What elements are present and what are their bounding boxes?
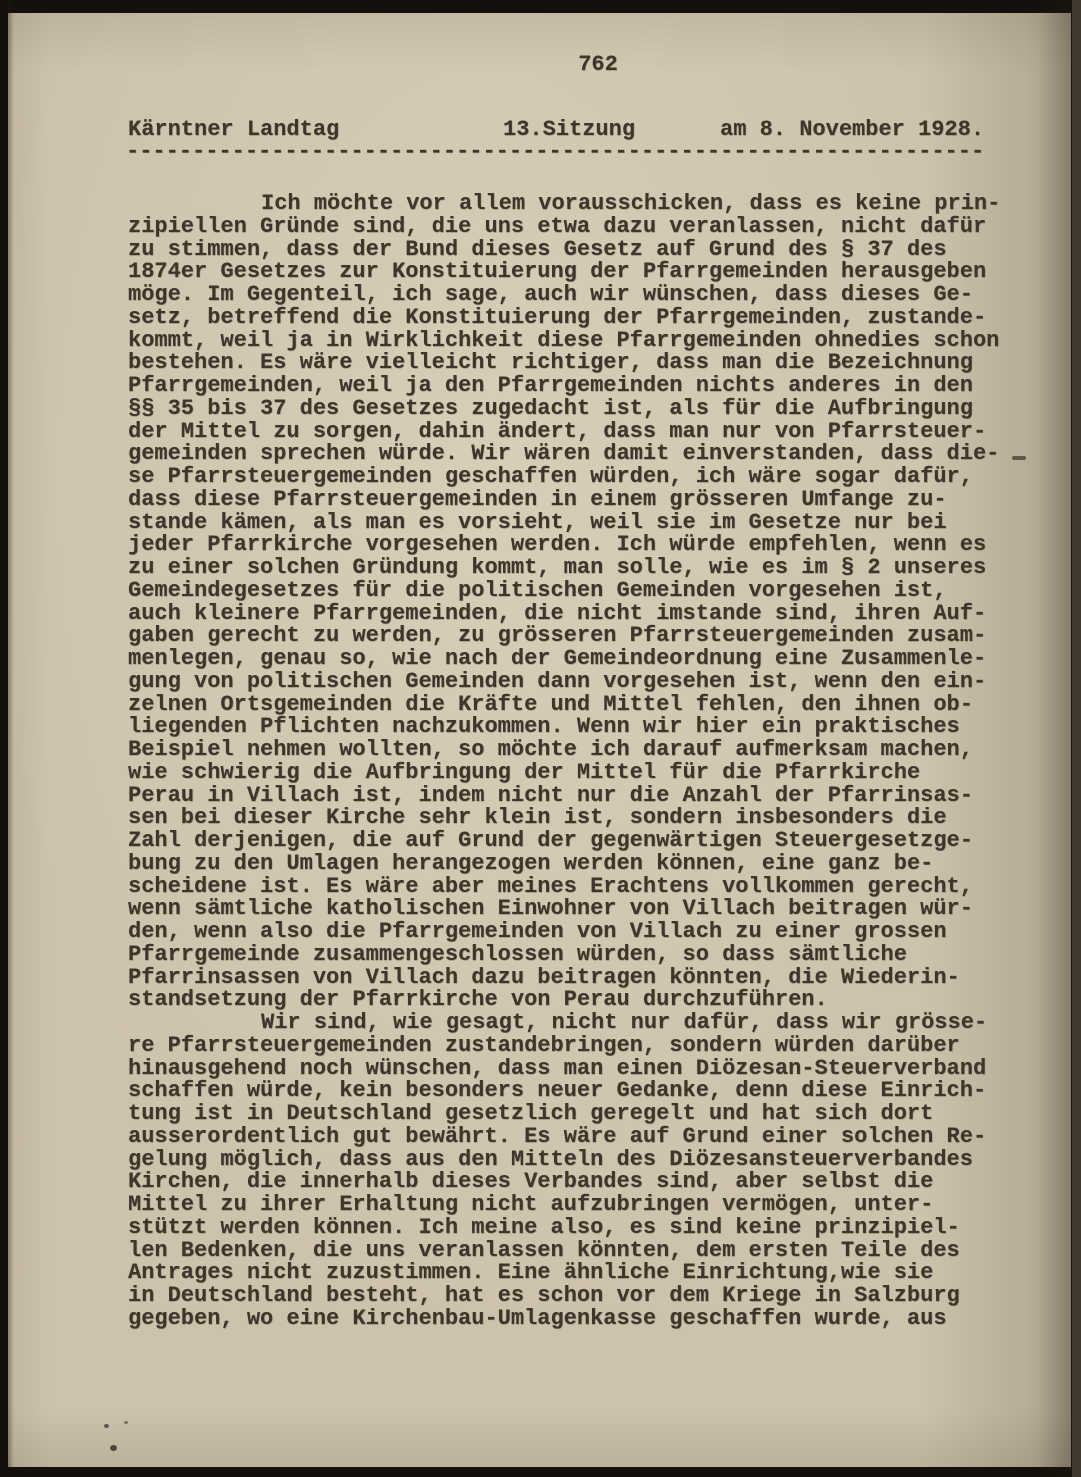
scanned-page: 762 Kärntner Landtag 13.Sitzung am 8. No… [0, 0, 1081, 1477]
text-line: dass diese Pfarrsteuergemeinden in einem… [128, 489, 1048, 512]
text-line: bestehen. Es wäre vielleicht richtiger, … [128, 352, 1048, 375]
text-line: Zahl derjenigen, die auf Grund der gegen… [128, 830, 1048, 853]
text-line: gegeben, wo eine Kirchenbau-Umlagenkasse… [128, 1308, 1048, 1331]
ink-speck [124, 1421, 128, 1424]
text-line: setz, betreffend die Konstituierung der … [128, 307, 1048, 330]
page-number: 762 [128, 54, 1028, 77]
text-line: hinausgehend noch wünschen, dass man ein… [128, 1058, 1048, 1081]
header-session: 13.Sitzung [503, 119, 635, 142]
scan-edge-left-shadow [8, 0, 14, 1477]
text-line: gelung möglich, dass aus den Mitteln des… [128, 1149, 1048, 1172]
scan-edge-top [0, 0, 1081, 13]
text-line: §§ 35 bis 37 des Gesetzes zugedacht ist,… [128, 398, 1048, 421]
text-line: gung von politischen Gemeinden dann vorg… [128, 671, 1048, 694]
paper-sheet: 762 Kärntner Landtag 13.Sitzung am 8. No… [8, 13, 1071, 1467]
paragraph: Wir sind, wie gesagt, nicht nur dafür, d… [128, 1012, 1048, 1331]
text-line: jeder Pfarrkirche vorgesehen werden. Ich… [128, 534, 1048, 557]
paragraph: Ich möchte vor allem vorausschicken, das… [128, 193, 1048, 1012]
text-line: bung zu den Umlagen herangezogen werden … [128, 853, 1048, 876]
text-line: Wir sind, wie gesagt, nicht nur dafür, d… [128, 1012, 1048, 1035]
text-line: sen bei dieser Kirche sehr klein ist, so… [128, 807, 1048, 830]
text-line: den, wenn also die Pfarrgemeinden von Vi… [128, 921, 1048, 944]
header-title: Kärntner Landtag [128, 119, 339, 142]
text-line: scheidene ist. Es wäre aber meines Erach… [128, 876, 1048, 899]
text-line: wie schwierig die Aufbringung der Mittel… [128, 762, 1048, 785]
text-line: Pfarrgemeinden, weil ja den Pfarrgemeind… [128, 375, 1048, 398]
text-line: re Pfarrsteuergemeinden zustandebringen,… [128, 1035, 1048, 1058]
text-line: standsetzung der Pfarrkirche von Perau d… [128, 989, 1048, 1012]
text-line: zelnen Ortsgemeinden die Kräfte und Mitt… [128, 694, 1048, 717]
text-line: gemeinden sprechen würde. Wir wären dami… [128, 443, 1048, 466]
scan-edge-left [0, 0, 8, 1477]
page-header: Kärntner Landtag 13.Sitzung am 8. Novemb… [128, 119, 1028, 143]
text-line: schaffen würde, kein besonders neuer Ged… [128, 1080, 1048, 1103]
text-line: auch kleinere Pfarrgemeinden, die nicht … [128, 603, 1048, 626]
body-text: Ich möchte vor allem vorausschicken, das… [128, 193, 1048, 1331]
text-line: zu einer solchen Gründung kommt, man sol… [128, 557, 1048, 580]
scan-edge-bottom [0, 1467, 1081, 1477]
text-line: se Pfarrsteuergemeinden geschaffen würde… [128, 466, 1048, 489]
ink-speck [110, 1445, 117, 1451]
header-divider: ----------------------------------------… [126, 141, 1046, 164]
text-line: Pfarrinsassen von Villach dazu beitragen… [128, 967, 1048, 990]
ink-speck [104, 1424, 109, 1428]
text-line: zipiellen Gründe sind, die uns etwa dazu… [128, 216, 1048, 239]
text-line: tung ist in Deutschland gesetzlich gereg… [128, 1103, 1048, 1126]
text-line: Mittel zu ihrer Erhaltung nicht aufzubri… [128, 1194, 1048, 1217]
text-line: zu stimmen, dass der Bund dieses Gesetz … [128, 239, 1048, 262]
text-line: der Mittel zu sorgen, dahin ändert, dass… [128, 421, 1048, 444]
text-line: menlegen, genau so, wie nach der Gemeind… [128, 648, 1048, 671]
text-line: ausserordentlich gut bewährt. Es wäre au… [128, 1126, 1048, 1149]
text-line: 1874er Gesetzes zur Konstituierung der P… [128, 261, 1048, 284]
text-line: möge. Im Gegenteil, ich sage, auch wir w… [128, 284, 1048, 307]
text-line: stande kämen, als man es vorsieht, weil … [128, 512, 1048, 535]
text-line: Kirchen, die innerhalb dieses Verbandes … [128, 1171, 1048, 1194]
text-line: Pfarrgemeinde zusammengeschlossen würden… [128, 944, 1048, 967]
text-line: Ich möchte vor allem vorausschicken, das… [128, 193, 1048, 216]
text-line: stützt werden können. Ich meine also, es… [128, 1217, 1048, 1240]
ink-speck [1012, 456, 1026, 460]
text-line: in Deutschland besteht, hat es schon vor… [128, 1285, 1048, 1308]
text-line: liegenden Pflichten nachzukommen. Wenn w… [128, 716, 1048, 739]
header-date: am 8. November 1928. [720, 119, 984, 142]
text-line: kommt, weil ja in Wirklichkeit diese Pfa… [128, 330, 1048, 353]
text-line: wenn sämtliche katholischen Einwohner vo… [128, 898, 1048, 921]
text-line: gaben gerecht zu werden, zu grösseren Pf… [128, 625, 1048, 648]
scan-edge-right-shadow [1038, 0, 1072, 1477]
scan-edge-right [1072, 0, 1081, 1477]
text-line: Antrages nicht zuzustimmen. Eine ähnlich… [128, 1262, 1048, 1285]
text-line: Gemeindegesetzes für die politischen Gem… [128, 580, 1048, 603]
text-line: len Bedenken, die uns veranlassen könnte… [128, 1240, 1048, 1263]
text-line: Beispiel nehmen wollten, so möchte ich d… [128, 739, 1048, 762]
text-line: Perau in Villach ist, indem nicht nur di… [128, 785, 1048, 808]
